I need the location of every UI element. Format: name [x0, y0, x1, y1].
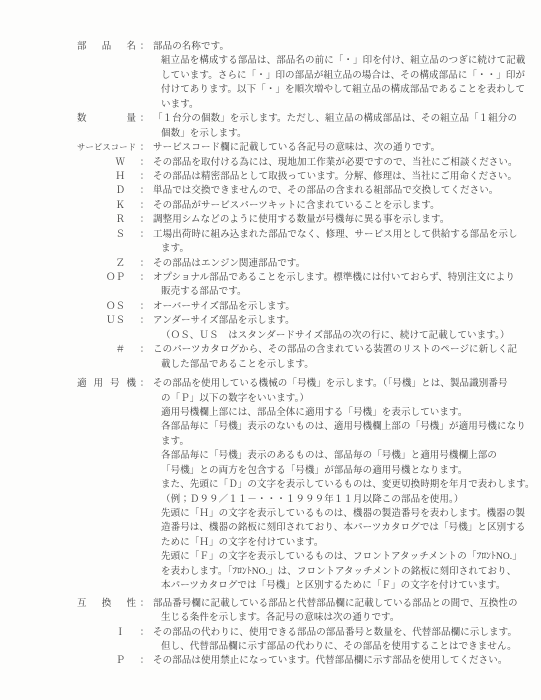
colon: ： — [136, 213, 153, 227]
line-text: 先頭に「Ｆ」の文字を表示しているものは、フロントアタッチメントの「ﾌﾛﾝﾄNO.… — [153, 550, 522, 564]
spacer-cell — [136, 550, 153, 564]
code-symbol: Ｈ — [77, 170, 136, 184]
text-row: 個数」を示します。 — [0, 127, 521, 141]
text-row: ＯＰ：オプショナル部品であることを示します。標準機には付いておらず、特別注文によ… — [0, 271, 521, 285]
line-text: 工場出荷時に組み込まれた部品でなく、修理、サービス用として供給する部品を示し — [153, 228, 521, 242]
text-row: 各部品毎に「号機」表示のあるものは、部品毎の「号機」と適用号機欄上部の — [0, 449, 521, 463]
document-page: 部品名：部品の名称です。組立品を構成する部品は、部品名の前に「・」印を付け、組立… — [0, 0, 541, 700]
text-row: （例；Ｄ９９／１１－・・・１９９９年１１月以降この部品を使用。） — [0, 493, 521, 507]
spacer-cell — [77, 640, 136, 654]
text-row: ＯＳ：オーバーサイズ部品を示します。 — [0, 300, 521, 314]
spacer-cell — [77, 358, 136, 372]
spacer-cell — [77, 507, 136, 521]
line-text: 個数」を示します。 — [153, 127, 521, 141]
line-text: その部品がサービスパーツキットに含まれていることを示します。 — [153, 199, 521, 213]
code-symbol: Ｉ — [77, 626, 136, 640]
line-text: を表わします。「ﾌﾛﾝﾄNO.」は、フロントアタッチメントの銘板に刻印されており… — [153, 565, 521, 579]
spacer-cell — [77, 435, 136, 449]
colon: ： — [136, 257, 153, 271]
line-text: 載した部品であることを示します。 — [153, 358, 521, 372]
text-row: 先頭に「Ｈ」の文字を表示しているものは、機器の製造番号を表わします。機器の製 — [0, 507, 521, 521]
line-text: 先頭に「Ｈ」の文字を表示しているものは、機器の製造番号を表わします。機器の製 — [153, 507, 525, 521]
spacer-cell — [136, 579, 153, 593]
code-symbol: Ｄ — [77, 184, 136, 198]
spacer-cell — [77, 127, 136, 141]
text-row: 載した部品であることを示します。 — [0, 358, 521, 372]
line-text: 各部品毎に「号機」表示のあるものは、部品毎の「号機」と適用号機欄上部の — [153, 449, 521, 463]
code-symbol: Ｋ — [77, 199, 136, 213]
text-row: 「号機」との両方を包含する「号機」が部品毎の適用号機となります。 — [0, 464, 521, 478]
spacer-cell — [136, 521, 153, 535]
line-text: また、先頭に「Ｄ」の文字を表示しているものは、変更切換時期を年月で表わします。 — [153, 478, 535, 492]
line-text: ます。 — [153, 435, 521, 449]
text-row: Ｒ：調整用シムなどのように使用する数量が号機毎に異る事を示します。 — [0, 213, 521, 227]
spacer-cell — [77, 536, 136, 550]
line-text: 販売する部品です。 — [153, 285, 521, 299]
text-row: 本パーツカタログでは「号機」と区別するために「Ｆ」の文字を付けています。 — [0, 579, 521, 593]
colon: ： — [136, 112, 153, 126]
text-row: 各部品毎に「号機」表示のないものは、適用号機欄上部の「号機」が適用号機になり — [0, 420, 521, 434]
line-text: 造番号は、機器の銘板に刻印されており、本パーツカタログでは「号機」と区別する — [153, 521, 525, 535]
colon: ： — [136, 377, 153, 391]
spacer-cell — [77, 54, 136, 68]
line-text: （ＯＳ、ＵＳ はスタンダードサイズ部品の次の行に、続けて記載しています。） — [153, 329, 521, 343]
text-row: Ｚ：その部品はエンジン関連部品です。 — [0, 257, 521, 271]
code-symbol: ＵＳ — [77, 314, 136, 328]
section-part-name: 部品名：部品の名称です。組立品を構成する部品は、部品名の前に「・」印を付け、組立… — [0, 40, 521, 112]
line-text: ために「Ｈ」の文字を付けています。 — [153, 536, 521, 550]
code-symbol: Ｓ — [77, 228, 136, 242]
section-compatibility: 互換性：部品番号欄に記載している部品と代替部品欄に記載している部品との間で、互換… — [0, 597, 521, 669]
spacer-cell — [77, 406, 136, 420]
text-row: しています。さらに「・」印の部品が組立品の場合は、その構成部品に「・・」印が — [0, 69, 521, 83]
spacer-cell — [77, 579, 136, 593]
line-text: 生じる条件を示します。各記号の意味は次の通りです。 — [153, 611, 521, 625]
text-row: ＵＳ：アンダーサイズ部品を示します。 — [0, 314, 521, 328]
spacer-cell — [77, 565, 136, 579]
spacer-cell — [136, 98, 153, 112]
text-row: 付けてあります。以下「・」を順次増やして組立品の構成部品であることを表わして — [0, 83, 521, 97]
section-label: 互換性 — [77, 597, 136, 611]
section-label: 適用号機 — [77, 377, 136, 391]
text-row: の「Ｐ」以下の数字をいいます。） — [0, 392, 521, 406]
text-row: 部品名：部品の名称です。 — [0, 40, 521, 54]
line-text: サービスコード欄に記載している各記号の意味は、次の通りです。 — [153, 141, 521, 155]
spacer-cell — [136, 392, 153, 406]
spacer-cell — [77, 242, 136, 256]
section-label: 部品名 — [77, 40, 136, 54]
line-text: その部品は精密部品として取扱っています。分解、修理は、当社にご用命ください。 — [153, 170, 521, 184]
text-row: Ｐ：その部品は使用禁止になっています。代替部品欄に示す部品を使用してください。 — [0, 654, 521, 668]
line-text: アンダーサイズ部品を示します。 — [153, 314, 521, 328]
line-text: 単品では交換できませんので、その部品の含まれる組部品で交換してください。 — [153, 184, 521, 198]
colon: ： — [136, 199, 153, 213]
code-symbol: Ｒ — [77, 213, 136, 227]
spacer-cell — [136, 242, 153, 256]
text-row: 適用号機欄上部には、部品全体に適用する「号機」を表示しています。 — [0, 406, 521, 420]
text-row: （ＯＳ、ＵＳ はスタンダードサイズ部品の次の行に、続けて記載しています。） — [0, 329, 521, 343]
spacer-cell — [136, 329, 153, 343]
colon: ： — [136, 271, 153, 285]
code-symbol: ＯＰ — [77, 271, 136, 285]
code-symbol: ＃ — [77, 343, 136, 357]
line-text: （例；Ｄ９９／１１－・・・１９９９年１１月以降この部品を使用。） — [153, 493, 521, 507]
spacer-cell — [77, 611, 136, 625]
text-row: 数量：「１台分の個数」を示します。ただし、組立品の構成部品は、その組立品「１組分… — [0, 112, 521, 126]
spacer-cell — [136, 464, 153, 478]
colon: ： — [136, 300, 153, 314]
spacer-cell — [136, 611, 153, 625]
line-text: 適用号機欄上部には、部品全体に適用する「号機」を表示しています。 — [153, 406, 521, 420]
spacer-cell — [136, 54, 153, 68]
text-row: ために「Ｈ」の文字を付けています。 — [0, 536, 521, 550]
spacer-cell — [136, 493, 153, 507]
line-text: その部品は使用禁止になっています。代替部品欄に示す部品を使用してください。 — [153, 654, 521, 668]
colon: ： — [136, 626, 153, 640]
section-applicable-serial: 適用号機：その部品を使用している機械の「号機」を示します。（「号機」とは、製品識… — [0, 377, 521, 594]
line-text: 調整用シムなどのように使用する数量が号機毎に異る事を示します。 — [153, 213, 521, 227]
colon: ： — [136, 40, 153, 54]
section-label: 数量 — [77, 112, 136, 126]
line-text: オーバーサイズ部品を示します。 — [153, 300, 521, 314]
spacer-cell — [136, 420, 153, 434]
code-symbol: Ｚ — [77, 257, 136, 271]
text-row: 生じる条件を示します。各記号の意味は次の通りです。 — [0, 611, 521, 625]
spacer-cell — [136, 83, 153, 97]
section-quantity: 数量：「１台分の個数」を示します。ただし、組立品の構成部品は、その組立品「１組分… — [0, 112, 521, 141]
text-row: を表わします。「ﾌﾛﾝﾄNO.」は、フロントアタッチメントの銘板に刻印されており… — [0, 565, 521, 579]
spacer-cell — [136, 640, 153, 654]
text-row: 適用号機：その部品を使用している機械の「号機」を示します。（「号機」とは、製品識… — [0, 377, 521, 391]
colon: ： — [136, 156, 153, 170]
spacer-cell — [77, 449, 136, 463]
code-symbol: Ｗ — [77, 156, 136, 170]
text-row: ＃：このパーツカタログから、その部品の含まれている装置のリストのページに新しく記 — [0, 343, 521, 357]
spacer-cell — [136, 536, 153, 550]
spacer-cell — [77, 550, 136, 564]
text-row: Ｉ：その部品の代わりに、使用できる部品の部品番号と数量を、代替部品欄に示します。 — [0, 626, 521, 640]
spacer-cell — [136, 69, 153, 83]
colon: ： — [136, 343, 153, 357]
line-text: 付けてあります。以下「・」を順次増やして組立品の構成部品であることを表わして — [153, 83, 525, 97]
text-row: Ｓ：工場出荷時に組み込まれた部品でなく、修理、サービス用として供給する部品を示し — [0, 228, 521, 242]
text-row: 互換性：部品番号欄に記載している部品と代替部品欄に記載している部品との間で、互換… — [0, 597, 521, 611]
section-label: サービスコード — [77, 141, 136, 155]
text-row: ます。 — [0, 435, 521, 449]
line-text: 「号機」との両方を包含する「号機」が部品毎の適用号機となります。 — [153, 464, 521, 478]
text-row: Ｈ：その部品は精密部品として取扱っています。分解、修理は、当社にご用命ください。 — [0, 170, 521, 184]
spacer-cell — [77, 420, 136, 434]
text-row: サービスコード：サービスコード欄に記載している各記号の意味は、次の通りです。 — [0, 141, 521, 155]
colon: ： — [136, 184, 153, 198]
text-row: ます。 — [0, 242, 521, 256]
line-text: オプショナル部品であることを示します。標準機には付いておらず、特別注文により — [153, 271, 521, 285]
spacer-cell — [136, 449, 153, 463]
spacer-cell — [77, 329, 136, 343]
colon: ： — [136, 170, 153, 184]
spacer-cell — [77, 464, 136, 478]
code-symbol: Ｐ — [77, 654, 136, 668]
colon: ： — [136, 228, 153, 242]
colon: ： — [136, 597, 153, 611]
text-row: また、先頭に「Ｄ」の文字を表示しているものは、変更切換時期を年月で表わします。 — [0, 478, 521, 492]
spacer-cell — [77, 69, 136, 83]
spacer-cell — [77, 392, 136, 406]
line-text: 「１台分の個数」を示します。ただし、組立品の構成部品は、その組立品「１組分の — [153, 112, 521, 126]
spacer-cell — [77, 478, 136, 492]
line-text: その部品の代わりに、使用できる部品の部品番号と数量を、代替部品欄に示します。 — [153, 626, 521, 640]
line-text: しています。さらに「・」印の部品が組立品の場合は、その構成部品に「・・」印が — [153, 69, 525, 83]
line-text: 部品の名称です。 — [153, 40, 521, 54]
spacer-cell — [77, 521, 136, 535]
spacer-cell — [136, 507, 153, 521]
colon: ： — [136, 314, 153, 328]
line-text: 但し、代替部品欄に示す部品の代わりに、その部品を使用することはできません。 — [153, 640, 521, 654]
line-text: います。 — [153, 98, 521, 112]
line-text: 本パーツカタログでは「号機」と区別するために「Ｆ」の文字を付けています。 — [153, 579, 521, 593]
text-row: 販売する部品です。 — [0, 285, 521, 299]
spacer-cell — [77, 285, 136, 299]
text-row: 但し、代替部品欄に示す部品の代わりに、その部品を使用することはできません。 — [0, 640, 521, 654]
text-row: います。 — [0, 98, 521, 112]
spacer-cell — [77, 83, 136, 97]
spacer-cell — [136, 127, 153, 141]
line-text: 部品番号欄に記載している部品と代替部品欄に記載している部品との間で、互換性の — [153, 597, 521, 611]
parts-catalog-legend: 部品名：部品の名称です。組立品を構成する部品は、部品名の前に「・」印を付け、組立… — [0, 40, 521, 669]
spacer-cell — [136, 285, 153, 299]
spacer-cell — [136, 435, 153, 449]
spacer-cell — [136, 358, 153, 372]
line-text: このパーツカタログから、その部品の含まれている装置のリストのページに新しく記 — [153, 343, 521, 357]
line-text: 各部品毎に「号機」表示のないものは、適用号機欄上部の「号機」が適用号機になり — [153, 420, 526, 434]
spacer-cell — [136, 406, 153, 420]
line-text: の「Ｐ」以下の数字をいいます。） — [153, 392, 521, 406]
line-text: その部品を使用している機械の「号機」を示します。（「号機」とは、製品識別番号 — [153, 377, 521, 391]
text-row: Ｗ：その部品を取付ける為には、現地加工作業が必要ですので、当社にご相談ください。 — [0, 156, 521, 170]
spacer-cell — [136, 565, 153, 579]
text-row: 先頭に「Ｆ」の文字を表示しているものは、フロントアタッチメントの「ﾌﾛﾝﾄNO.… — [0, 550, 521, 564]
line-text: ます。 — [153, 242, 521, 256]
section-service-code: サービスコード：サービスコード欄に記載している各記号の意味は、次の通りです。Ｗ：… — [0, 141, 521, 372]
line-text: その部品はエンジン関連部品です。 — [153, 257, 521, 271]
line-text: 組立品を構成する部品は、部品名の前に「・」印を付け、組立品のつぎに続けて記載 — [153, 54, 525, 68]
text-row: 組立品を構成する部品は、部品名の前に「・」印を付け、組立品のつぎに続けて記載 — [0, 54, 521, 68]
text-row: 造番号は、機器の銘板に刻印されており、本パーツカタログでは「号機」と区別する — [0, 521, 521, 535]
spacer-cell — [77, 493, 136, 507]
line-text: その部品を取付ける為には、現地加工作業が必要ですので、当社にご相談ください。 — [153, 156, 521, 170]
spacer-cell — [136, 478, 153, 492]
code-symbol: ＯＳ — [77, 300, 136, 314]
text-row: Ｋ：その部品がサービスパーツキットに含まれていることを示します。 — [0, 199, 521, 213]
colon: ： — [136, 141, 153, 155]
spacer-cell — [77, 98, 136, 112]
colon: ： — [136, 654, 153, 668]
text-row: Ｄ：単品では交換できませんので、その部品の含まれる組部品で交換してください。 — [0, 184, 521, 198]
